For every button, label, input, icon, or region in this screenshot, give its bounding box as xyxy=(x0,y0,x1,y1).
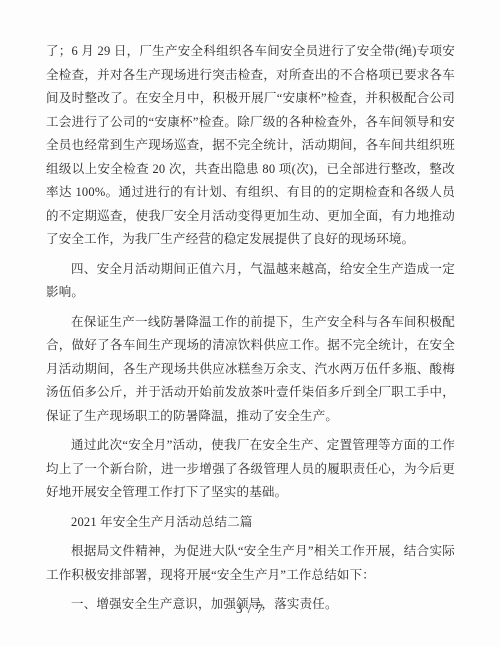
paragraph: 四、安全月活动期间正值六月，气温越来越高，给安全生产造成一定影响。 xyxy=(46,258,455,305)
paragraph: 通过此次“安全月”活动，使我厂在安全生产、定置管理等方面的工作均上了一个新台阶，… xyxy=(46,434,455,505)
page-indicator: 3 / 7 xyxy=(0,601,500,617)
document-body: 了；6 月 29 日，厂生产安全科组织各车间安全员进行了安全带(绳)专项安全检查… xyxy=(46,40,455,617)
paragraph: 2021 年安全生产月活动总结二篇 xyxy=(46,511,455,535)
paragraph: 了；6 月 29 日，厂生产安全科组织各车间安全员进行了安全带(绳)专项安全检查… xyxy=(46,40,455,252)
paragraph: 在保证生产一线防暑降温工作的前提下，生产安全科与各车间积极配合，做好了各车间生产… xyxy=(46,311,455,429)
document-page: 了；6 月 29 日，厂生产安全科组织各车间安全员进行了安全带(绳)专项安全检查… xyxy=(0,0,500,647)
paragraph: 根据局文件精神，为促进大队“安全生产月”相关工作开展，结合实际工作积极安排部署，… xyxy=(46,540,455,587)
